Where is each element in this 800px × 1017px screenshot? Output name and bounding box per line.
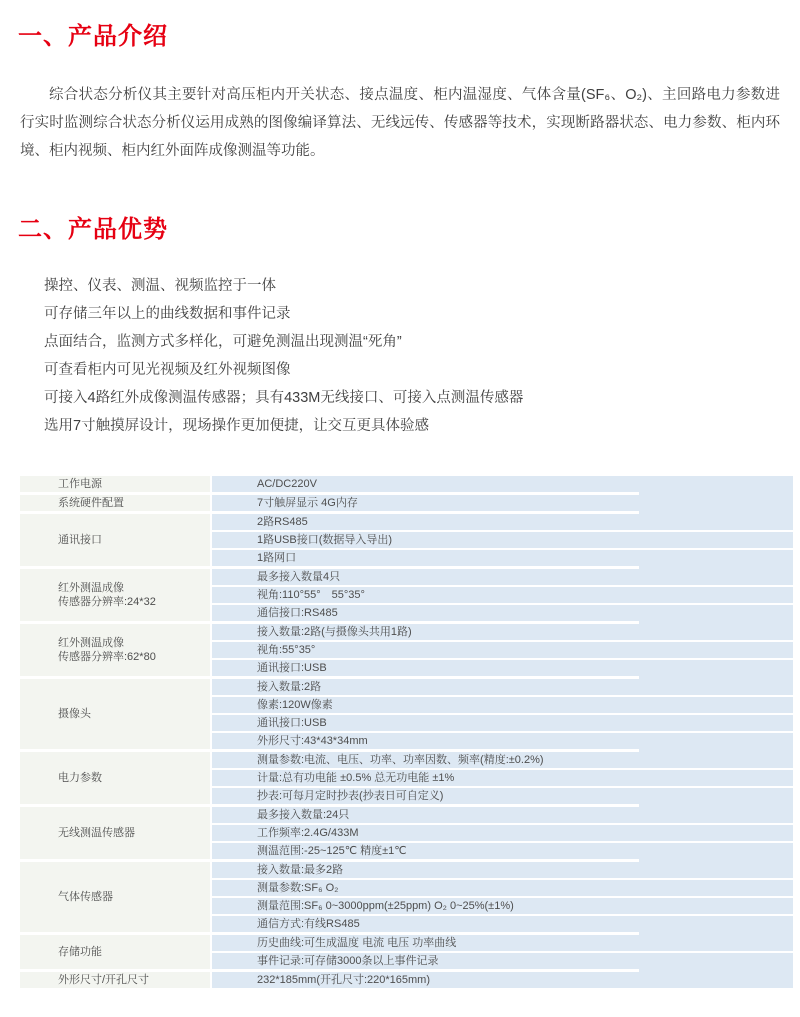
spec-group: 外形尺寸/开孔尺寸232*185mm(开孔尺寸:220*165mm) <box>20 972 793 988</box>
spec-value-row: 最多接入数量4只 <box>212 569 793 585</box>
spec-label-line: 无线测温传感器 <box>58 826 210 840</box>
spec-label-line: 摄像头 <box>58 707 210 721</box>
intro-paragraph: 综合状态分析仪其主要针对高压柜内开关状态、接点温度、柜内温湿度、气体含量(SF₆… <box>20 81 780 165</box>
spec-label-line: 通讯接口 <box>58 533 210 547</box>
spec-values: 最多接入数量4只视角:110°55° 55°35°通信接口:RS485 <box>212 569 793 621</box>
spec-value-row: 测量参数:SF₆ O₂ <box>212 878 793 896</box>
spec-label-line: 电力参数 <box>58 771 210 785</box>
spec-label: 电力参数 <box>20 752 210 804</box>
spec-value-row: 外形尺寸:43*43*34mm <box>212 731 793 749</box>
spec-label: 无线测温传感器 <box>20 807 210 859</box>
spec-label: 气体传感器 <box>20 862 210 932</box>
feature-list: 操控、仪表、测温、视频监控于一体可存储三年以上的曲线数据和事件记录点面结合，监测… <box>44 272 800 440</box>
spec-value-row: 测量范围:SF₆ 0~3000ppm(±25ppm) O₂ 0~25%(±1%) <box>212 896 793 914</box>
spec-values: 232*185mm(开孔尺寸:220*165mm) <box>212 972 793 988</box>
feature-item: 可存储三年以上的曲线数据和事件记录 <box>44 300 800 328</box>
spec-label: 红外测温成像传感器分辨率:24*32 <box>20 569 210 621</box>
feature-item: 操控、仪表、测温、视频监控于一体 <box>44 272 800 300</box>
spec-value-row: 7寸触屏显示 4G内存 <box>212 495 793 511</box>
spec-label: 外形尺寸/开孔尺寸 <box>20 972 210 988</box>
spec-values: 测量参数:电流、电压、功率、功率因数、频率(精度:±0.2%)计量:总有功电能 … <box>212 752 793 804</box>
spec-value-row: 2路RS485 <box>212 514 793 530</box>
spec-values: 最多接入数量:24只工作频率:2.4G/433M测温范围:-25~125℃ 精度… <box>212 807 793 859</box>
spec-value-row: 1路网口 <box>212 548 793 566</box>
spec-label: 工作电源 <box>20 476 210 492</box>
spec-group: 电力参数测量参数:电流、电压、功率、功率因数、频率(精度:±0.2%)计量:总有… <box>20 752 793 804</box>
feature-item: 选用7寸触摸屏设计，现场操作更加便捷，让交互更具体验感 <box>44 412 800 440</box>
spec-values: 接入数量:2路像素:120W像素通讯接口:USB外形尺寸:43*43*34mm <box>212 679 793 749</box>
section2-title: 二、产品优势 <box>0 165 800 244</box>
spec-label-line: 传感器分辨率:62*80 <box>58 650 210 664</box>
feature-item: 可查看柜内可见光视频及红外视频图像 <box>44 356 800 384</box>
spec-group: 摄像头接入数量:2路像素:120W像素通讯接口:USB外形尺寸:43*43*34… <box>20 679 793 749</box>
spec-group: 存储功能历史曲线:可生成温度 电流 电压 功率曲线事件记录:可存储3000条以上… <box>20 935 793 969</box>
spec-label: 通讯接口 <box>20 514 210 566</box>
spec-value-row: 最多接入数量:24只 <box>212 807 793 823</box>
spec-group: 系统硬件配置7寸触屏显示 4G内存 <box>20 495 793 511</box>
spec-value-row: 接入数量:2路(与摄像头共用1路) <box>212 624 793 640</box>
spec-group: 工作电源AC/DC220V <box>20 476 793 492</box>
spec-values: AC/DC220V <box>212 476 793 492</box>
spec-label: 系统硬件配置 <box>20 495 210 511</box>
spec-values: 7寸触屏显示 4G内存 <box>212 495 793 511</box>
spec-value-row: 工作频率:2.4G/433M <box>212 823 793 841</box>
spec-group: 无线测温传感器最多接入数量:24只工作频率:2.4G/433M测温范围:-25~… <box>20 807 793 859</box>
spec-group: 红外测温成像传感器分辨率:24*32最多接入数量4只视角:110°55° 55°… <box>20 569 793 621</box>
spec-values: 接入数量:最多2路测量参数:SF₆ O₂测量范围:SF₆ 0~3000ppm(±… <box>212 862 793 932</box>
spec-value-row: 像素:120W像素 <box>212 695 793 713</box>
spec-value-row: 历史曲线:可生成温度 电流 电压 功率曲线 <box>212 935 793 951</box>
spec-group: 通讯接口2路RS4851路USB接口(数据导入导出)1路网口 <box>20 514 793 566</box>
spec-table: 工作电源AC/DC220V系统硬件配置7寸触屏显示 4G内存通讯接口2路RS48… <box>20 476 793 988</box>
spec-value-row: 通信方式:有线RS485 <box>212 914 793 932</box>
spec-values: 2路RS4851路USB接口(数据导入导出)1路网口 <box>212 514 793 566</box>
product-doc-page: 一、产品介绍 综合状态分析仪其主要针对高压柜内开关状态、接点温度、柜内温湿度、气… <box>0 0 800 1017</box>
spec-value-row: 测温范围:-25~125℃ 精度±1℃ <box>212 841 793 859</box>
spec-values: 接入数量:2路(与摄像头共用1路)视角:55°35°通讯接口:USB <box>212 624 793 676</box>
spec-value-row: 事件记录:可存储3000条以上事件记录 <box>212 951 793 969</box>
spec-value-row: 通信接口:RS485 <box>212 603 793 621</box>
spec-value-row: 1路USB接口(数据导入导出) <box>212 530 793 548</box>
spec-value-row: 测量参数:电流、电压、功率、功率因数、频率(精度:±0.2%) <box>212 752 793 768</box>
spec-value-row: AC/DC220V <box>212 476 793 492</box>
spec-label-line: 工作电源 <box>58 477 210 491</box>
spec-label: 摄像头 <box>20 679 210 749</box>
spec-value-row: 通讯接口:USB <box>212 713 793 731</box>
spec-value-row: 抄表:可每月定时抄表(抄表日可自定义) <box>212 786 793 804</box>
spec-value-row: 232*185mm(开孔尺寸:220*165mm) <box>212 972 793 988</box>
spec-label-line: 传感器分辨率:24*32 <box>58 595 210 609</box>
spec-label-line: 红外测温成像 <box>58 636 210 650</box>
spec-label-line: 外形尺寸/开孔尺寸 <box>58 973 210 987</box>
spec-value-row: 接入数量:最多2路 <box>212 862 793 878</box>
spec-label-line: 气体传感器 <box>58 890 210 904</box>
spec-label-line: 红外测温成像 <box>58 581 210 595</box>
spec-value-row: 通讯接口:USB <box>212 658 793 676</box>
feature-item: 点面结合，监测方式多样化，可避免测温出现测温“死角” <box>44 328 800 356</box>
spec-group: 红外测温成像传感器分辨率:62*80接入数量:2路(与摄像头共用1路)视角:55… <box>20 624 793 676</box>
spec-value-row: 视角:110°55° 55°35° <box>212 585 793 603</box>
spec-value-row: 接入数量:2路 <box>212 679 793 695</box>
spec-value-row: 计量:总有功电能 ±0.5% 总无功电能 ±1% <box>212 768 793 786</box>
spec-label-line: 系统硬件配置 <box>58 496 210 510</box>
spec-values: 历史曲线:可生成温度 电流 电压 功率曲线事件记录:可存储3000条以上事件记录 <box>212 935 793 969</box>
section1-title: 一、产品介绍 <box>0 0 800 51</box>
feature-item: 可接入4路红外成像测温传感器；具有433M无线接口、可接入点测温传感器 <box>44 384 800 412</box>
spec-group: 气体传感器接入数量:最多2路测量参数:SF₆ O₂测量范围:SF₆ 0~3000… <box>20 862 793 932</box>
spec-label: 存储功能 <box>20 935 210 969</box>
spec-label-line: 存储功能 <box>58 945 210 959</box>
spec-value-row: 视角:55°35° <box>212 640 793 658</box>
spec-label: 红外测温成像传感器分辨率:62*80 <box>20 624 210 676</box>
